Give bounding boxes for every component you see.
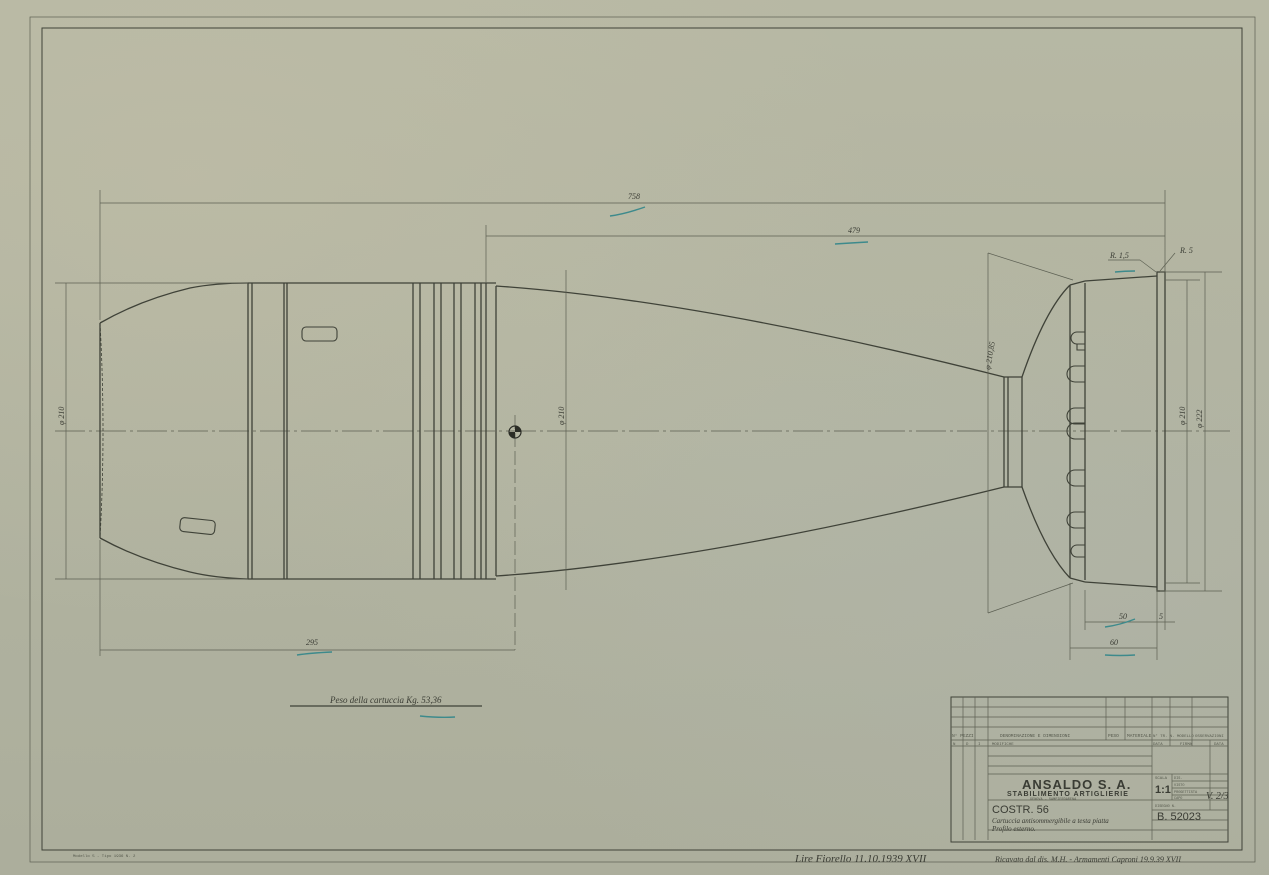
dim-5: 5	[1159, 612, 1163, 621]
title-block: N° PEZZI DENOMINAZIONE E DIMENSIONI PESO…	[951, 697, 1229, 842]
row-data: DATA	[1153, 743, 1163, 747]
project-code: COSTR. 56	[992, 804, 1049, 816]
dim-radius-2: R. 5	[1179, 246, 1193, 255]
cartridge-profile	[100, 272, 1165, 591]
sig-progettista: PROGETTISTA	[1174, 791, 1198, 795]
construction-lines	[988, 190, 1165, 660]
scale-value: 1:1	[1155, 784, 1171, 796]
center-of-gravity-icon	[509, 415, 521, 650]
col-modello: N° TR. N. MODELLO	[1153, 734, 1194, 739]
sig-visto: VISTO	[1174, 784, 1185, 788]
description-line-1: Cartuccia antisommergibile a testa piatt…	[992, 817, 1109, 825]
dim-base-inner-diameter: φ 210	[1178, 407, 1187, 425]
company-location: GENOVA - SAMPIERDARENA	[1030, 798, 1077, 802]
signature: V. 2/3	[1206, 791, 1229, 802]
dim-rear-length: 479	[848, 226, 860, 235]
outer-border	[30, 17, 1255, 862]
sig-dis: DIS.	[1174, 777, 1182, 781]
drawing-number-label: DISEGNO N.	[1155, 805, 1176, 809]
dim-nose-diameter: φ 210	[57, 407, 66, 425]
dim-radius-1: R. 1,5	[1109, 251, 1129, 260]
body-window-bottom	[179, 517, 215, 535]
drawing-sheet: 758 479 295 φ 210 φ 210 φ 210,85 φ 210 φ…	[0, 0, 1269, 875]
approval-signature: Lire Fiorello 11.10.1939 XVII	[794, 853, 928, 865]
form-code: Modello 5 - Tipo 1936 N. 2	[73, 854, 136, 859]
row-n: N	[953, 743, 956, 747]
body-window-top	[302, 327, 337, 341]
col-peso: PESO	[1108, 733, 1119, 739]
row-modifiche: MODIFICHE	[992, 743, 1014, 747]
row-data-2: DATA	[1214, 743, 1224, 747]
drawing-number: B. 52023	[1157, 811, 1201, 823]
revision-note: Ricavato dal dis. M.H. - Armamenti Capro…	[994, 855, 1181, 864]
company-name: ANSALDO S. A.	[1022, 777, 1131, 792]
row-i: I	[978, 743, 980, 747]
dimension-lines	[55, 190, 1222, 656]
scale-label: SCALA	[1155, 777, 1168, 781]
dim-body-diameter: φ 210	[557, 407, 566, 425]
company-division: STABILIMENTO ARTIGLIERIE	[1007, 791, 1129, 798]
dim-cg-length: 295	[306, 638, 318, 647]
sig-capo: CAPO	[1174, 797, 1182, 801]
row-d: D	[966, 743, 969, 747]
weight-note: Peso della cartuccia Kg. 53,36	[329, 695, 442, 705]
row-firma: FIRMA	[1180, 743, 1193, 747]
col-materiale: MATERIALE	[1127, 733, 1152, 739]
dim-overall-length: 758	[628, 192, 640, 201]
col-osservazioni: OSSERVAZIONI	[1195, 735, 1224, 739]
technical-drawing: 758 479 295 φ 210 φ 210 φ 210,85 φ 210 φ…	[0, 0, 1269, 875]
description-line-2: Profilo esterno.	[991, 825, 1036, 833]
col-n-pezzi: N° PEZZI	[952, 733, 974, 739]
col-denominazione: DENOMINAZIONE E DIMENSIONI	[1000, 733, 1071, 739]
dim-neck-diameter: φ 210,85	[983, 341, 997, 371]
dim-base-outer-diameter: φ 222	[1195, 410, 1204, 428]
dim-60: 60	[1110, 638, 1118, 647]
dim-50: 50	[1119, 612, 1127, 621]
